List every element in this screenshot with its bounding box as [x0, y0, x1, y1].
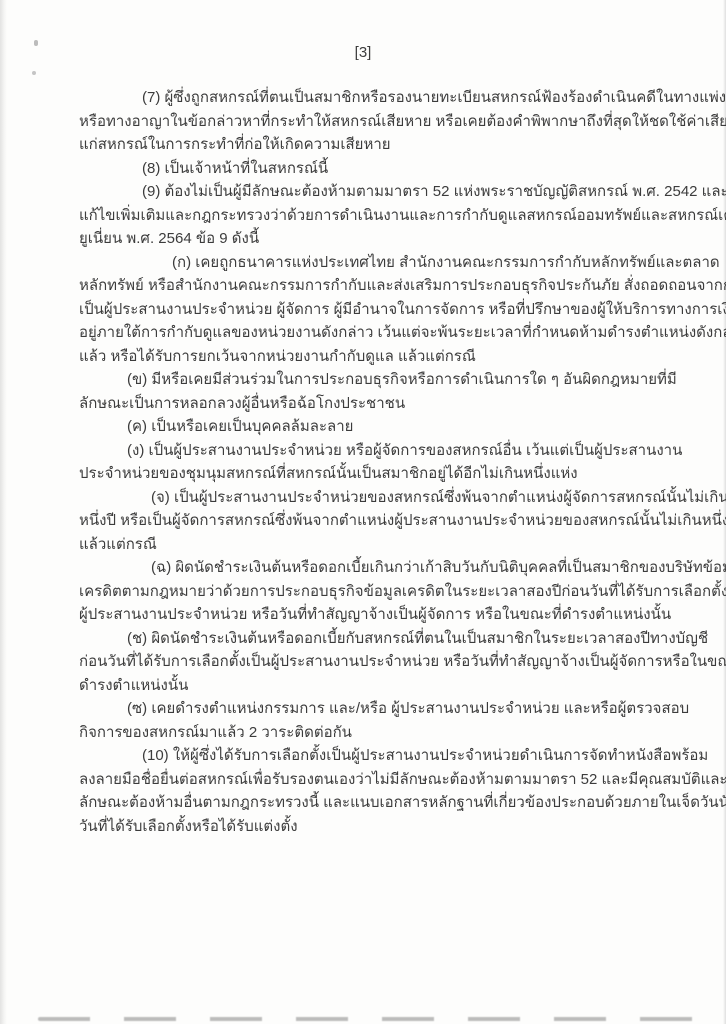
- scan-edge-shadow-left: [0, 0, 7, 1024]
- text-line: ดำรงตำแหน่งนั้น: [79, 674, 654, 698]
- text-line: กิจการของสหกรณ์มาแล้ว 2 วาระติดต่อกัน: [79, 721, 654, 745]
- text-line: ประจำหน่วยของชุมนุมสหกรณ์ที่สหกรณ์นั้นเป…: [79, 462, 654, 486]
- text-line: หลักทรัพย์ หรือสำนักงานคณะกรรมการกำกับแล…: [79, 274, 654, 298]
- text-line: เครดิตตามกฎหมายว่าด้วยการประกอบธุรกิจข้อ…: [79, 580, 654, 604]
- text-line: อยู่ภายใต้การกำกับดูแลของหน่วยงานดังกล่า…: [79, 321, 654, 345]
- scan-speck-mark: [32, 71, 36, 75]
- text-line: (8) เป็นเจ้าหน้าที่ในสหกรณ์นี้: [79, 157, 654, 181]
- text-line: หรือทางอาญาในข้อกล่าวหาที่กระทำให้สหกรณ์…: [79, 110, 654, 134]
- text-line: ลงลายมือชื่อยื่นต่อสหกรณ์เพื่อรับรองตนเอ…: [79, 768, 654, 792]
- scan-bottom-artifact: [38, 1017, 698, 1021]
- text-line: (10) ให้ผู้ซึ่งได้รับการเลือกตั้งเป็นผู้…: [79, 744, 654, 768]
- scanned-document-page: [3] (7) ผู้ซึ่งถูกสหกรณ์ที่ตนเป็นสมาชิกห…: [0, 0, 726, 1024]
- text-line: (ข) มีหรือเคยมีส่วนร่วมในการประกอบธุรกิจ…: [79, 368, 654, 392]
- text-line: (7) ผู้ซึ่งถูกสหกรณ์ที่ตนเป็นสมาชิกหรือร…: [79, 86, 654, 110]
- text-line: วันที่ได้รับเลือกตั้งหรือได้รับแต่งตั้ง: [79, 815, 654, 839]
- text-line: หนึ่งปี หรือเป็นผู้จัดการสหกรณ์ซึ่งพ้นจา…: [79, 509, 654, 533]
- document-lines: (7) ผู้ซึ่งถูกสหกรณ์ที่ตนเป็นสมาชิกหรือร…: [79, 86, 654, 838]
- text-line: (ฉ) ผิดนัดชำระเงินต้นหรือดอกเบี้ยเกินกว่…: [79, 556, 654, 580]
- text-line: ก่อนวันที่ได้รับการเลือกตั้งเป็นผู้ประสา…: [79, 650, 654, 674]
- text-line: (9) ต้องไม่เป็นผู้มีลักษณะต้องห้ามตามมาต…: [79, 180, 654, 204]
- text-line: (ง) เป็นผู้ประสานงานประจำหน่วย หรือผู้จั…: [79, 439, 654, 463]
- text-line: (ช) ผิดนัดชำระเงินต้นหรือดอกเบี้ยกับสหกร…: [79, 627, 654, 651]
- text-line: แล้ว หรือได้รับการยกเว้นจากหน่วยงานกำกับ…: [79, 345, 654, 369]
- text-line: ลักษณะต้องห้ามอื่นตามกฎกระทรวงนี้ และแนบ…: [79, 791, 654, 815]
- text-line: (ค) เป็นหรือเคยเป็นบุคคลล้มละลาย: [79, 415, 654, 439]
- text-line: (ก) เคยถูกธนาคารแห่งประเทศไทย สำนักงานคณ…: [79, 251, 654, 275]
- text-line: (ซ) เคยดำรงตำแหน่งกรรมการ และ/หรือ ผู้ปร…: [79, 697, 654, 721]
- text-line: เป็นผู้ประสานงานประจำหน่วย ผู้จัดการ ผู้…: [79, 298, 654, 322]
- text-line: แล้วแต่กรณี: [79, 533, 654, 557]
- text-line: ยูเนี่ยน พ.ศ. 2564 ข้อ 9 ดังนี้: [79, 227, 654, 251]
- text-line: แก้ไขเพิ่มเติมและกฎกระทรวงว่าด้วยการดำเน…: [79, 204, 654, 228]
- text-line: แก่สหกรณ์ในการกระทำที่ก่อให้เกิดความเสีย…: [79, 133, 654, 157]
- text-line: ผู้ประสานงานประจำหน่วย หรือวันที่ทำสัญญา…: [79, 603, 654, 627]
- text-line: (จ) เป็นผู้ประสานงานประจำหน่วยของสหกรณ์ซ…: [79, 486, 654, 510]
- text-line: ลักษณะเป็นการหลอกลวงผู้อื่นหรือฉ้อโกงประ…: [79, 392, 654, 416]
- page-number: [3]: [0, 44, 726, 61]
